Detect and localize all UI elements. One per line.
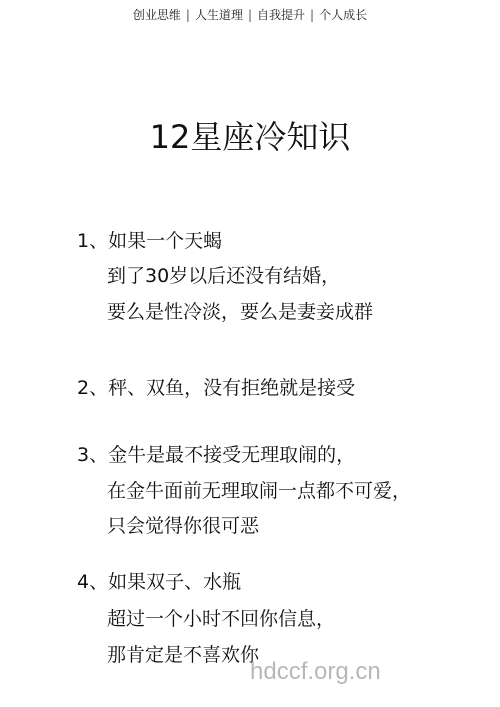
page-title: 12星座冷知识 — [0, 112, 500, 158]
watermark: hdccf.org.cn — [250, 658, 381, 686]
category-header: 创业思维|人生道理|自我提升|个人成长 — [0, 6, 500, 23]
section-3-line-1: 在金牛面前无理取闹一点都不可爱， — [107, 476, 411, 503]
category-life-principles: 人生道理 — [195, 8, 243, 22]
section-3-line-2: 只会觉得你很可恶 — [107, 511, 259, 538]
category-personal-growth: 个人成长 — [319, 8, 367, 22]
separator: | — [310, 8, 314, 22]
category-entrepreneurship: 创业思维 — [133, 8, 181, 22]
separator: | — [248, 8, 252, 22]
section-2-heading: 2、秤、双鱼，没有拒绝就是接受 — [77, 373, 355, 400]
separator: | — [186, 8, 190, 22]
section-4-line-1: 超过一个小时不回你信息， — [107, 604, 335, 631]
section-4-heading: 4、如果双子、水瓶 — [77, 567, 241, 594]
section-3-heading: 3、金牛是最不接受无理取闹的， — [77, 440, 355, 467]
section-1-line-1: 到了30岁以后还没有结婚， — [107, 261, 340, 288]
section-1-heading: 1、如果一个天蝎 — [77, 226, 222, 253]
section-1-line-2: 要么是性冷淡，要么是妻妾成群 — [107, 297, 373, 324]
category-self-improvement: 自我提升 — [257, 8, 305, 22]
section-4-line-2: 那肯定是不喜欢你 — [107, 640, 259, 667]
